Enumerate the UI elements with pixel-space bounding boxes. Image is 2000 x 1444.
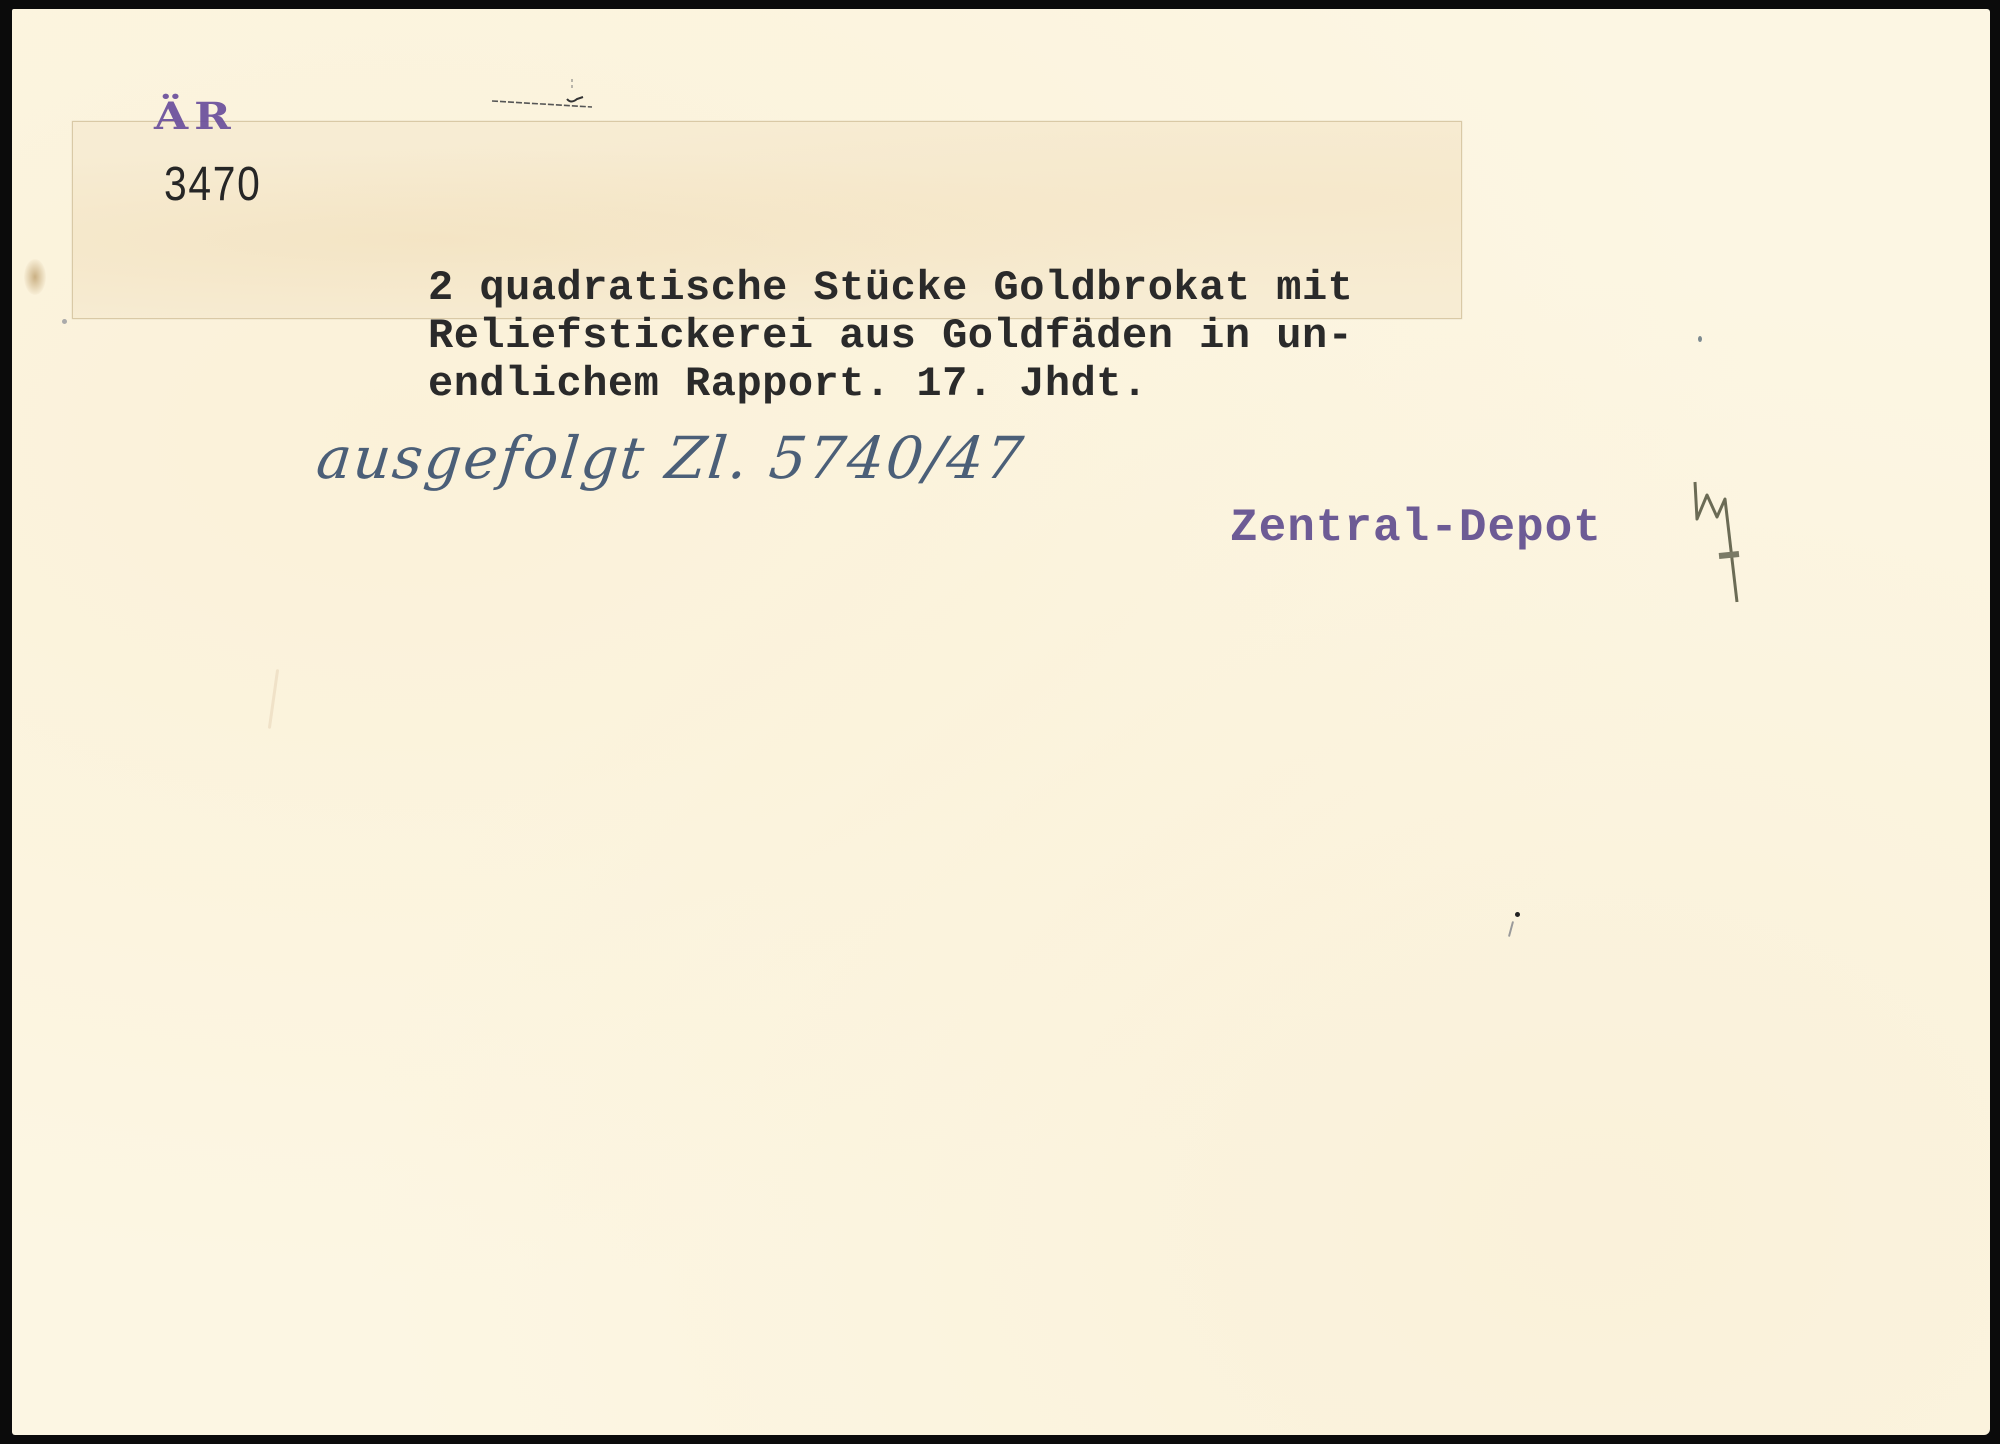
inventory-number: 3470 bbox=[164, 157, 262, 212]
paper-stain bbox=[24, 259, 46, 295]
description-line: endlichem Rapport. 17. Jhdt. bbox=[428, 360, 1353, 408]
location-stamp: Zentral-Depot bbox=[1230, 502, 1602, 554]
description: 2 quadratische Stücke Goldbrokat mitReli… bbox=[428, 264, 1353, 408]
description-line: Reliefstickerei aus Goldfäden in un- bbox=[428, 312, 1353, 360]
ink-speck bbox=[1515, 912, 1520, 917]
ink-speck bbox=[62, 319, 67, 324]
pencil-initial-icon bbox=[1687, 477, 1757, 612]
handwritten-note: ausgefolgt Zl. 5740/47 bbox=[313, 424, 1028, 492]
department-stamp: ÄR bbox=[154, 95, 237, 138]
typed-label: 2 quadratische Stücke Goldbrokat mitReli… bbox=[72, 121, 1462, 319]
ink-speck bbox=[1698, 336, 1702, 342]
ink-speck bbox=[1508, 921, 1514, 937]
ink-speck bbox=[268, 669, 279, 729]
index-card: 2 quadratische Stücke Goldbrokat mitReli… bbox=[12, 9, 1990, 1435]
description-line: 2 quadratische Stücke Goldbrokat mit bbox=[428, 264, 1353, 312]
